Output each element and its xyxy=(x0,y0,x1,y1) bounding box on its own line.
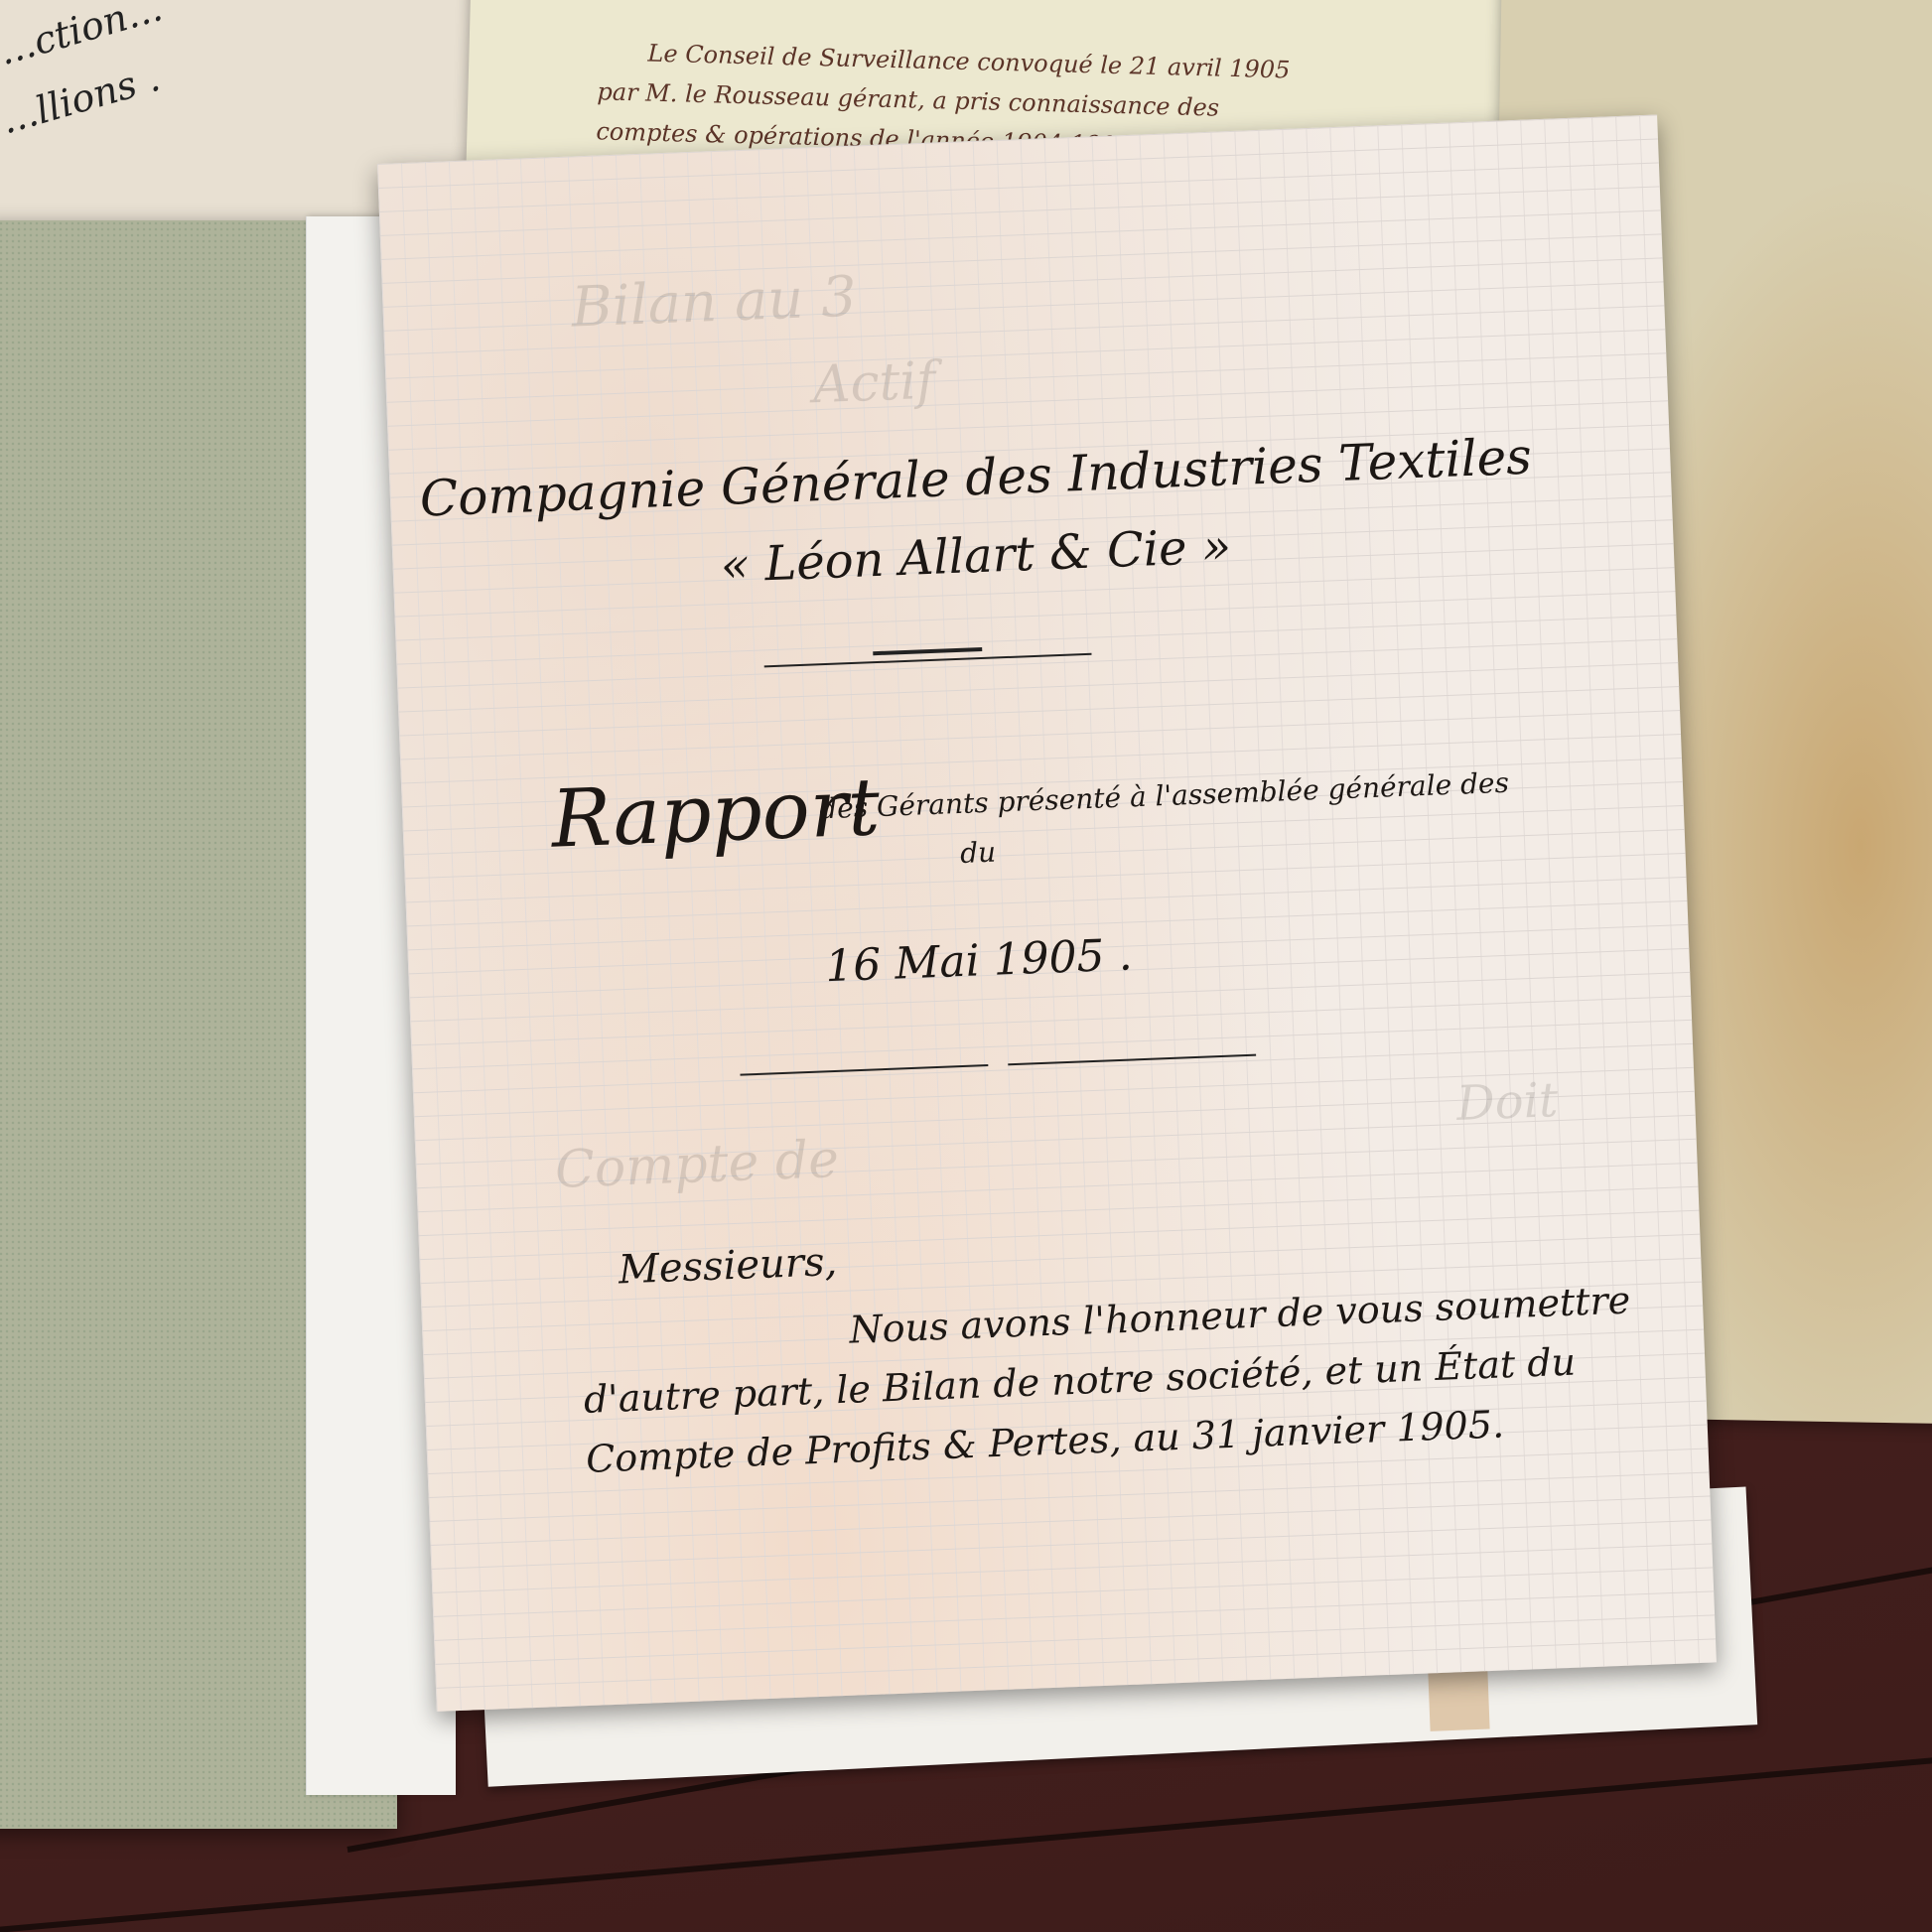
showthrough-heading: Doit xyxy=(1455,1072,1559,1132)
ornament-rule xyxy=(1008,1054,1256,1066)
company-name: Compagnie Générale des Industries Textil… xyxy=(419,428,1533,528)
showthrough-heading: Compte de xyxy=(554,1130,840,1200)
ornament-rule xyxy=(740,1064,988,1076)
body-line: Nous avons l'honneur de vous soumettre xyxy=(849,1278,1631,1351)
report-date: 16 Mai 1905 . xyxy=(824,929,1133,992)
company-subname: « Léon Allart & Cie » xyxy=(720,518,1232,594)
report-page: Bilan au 3 Actif Compte de Doit Compagni… xyxy=(377,114,1717,1711)
bg-left-line: ...llions . xyxy=(0,56,165,142)
report-title-rest: des Gérants présenté à l'assemblée génér… xyxy=(819,766,1510,826)
ornament-rule xyxy=(873,647,982,655)
ornament-rule xyxy=(764,653,1092,668)
showthrough-heading: Bilan au 3 xyxy=(570,265,857,341)
letter-line: par M. le Rousseau gérant, a pris connai… xyxy=(597,77,1219,121)
letter-line: Le Conseil de Surveillance convoqué le 2… xyxy=(647,40,1291,84)
salutation: Messieurs, xyxy=(618,1239,838,1293)
report-title-du: du xyxy=(959,836,996,870)
showthrough-heading: Actif xyxy=(812,351,937,416)
